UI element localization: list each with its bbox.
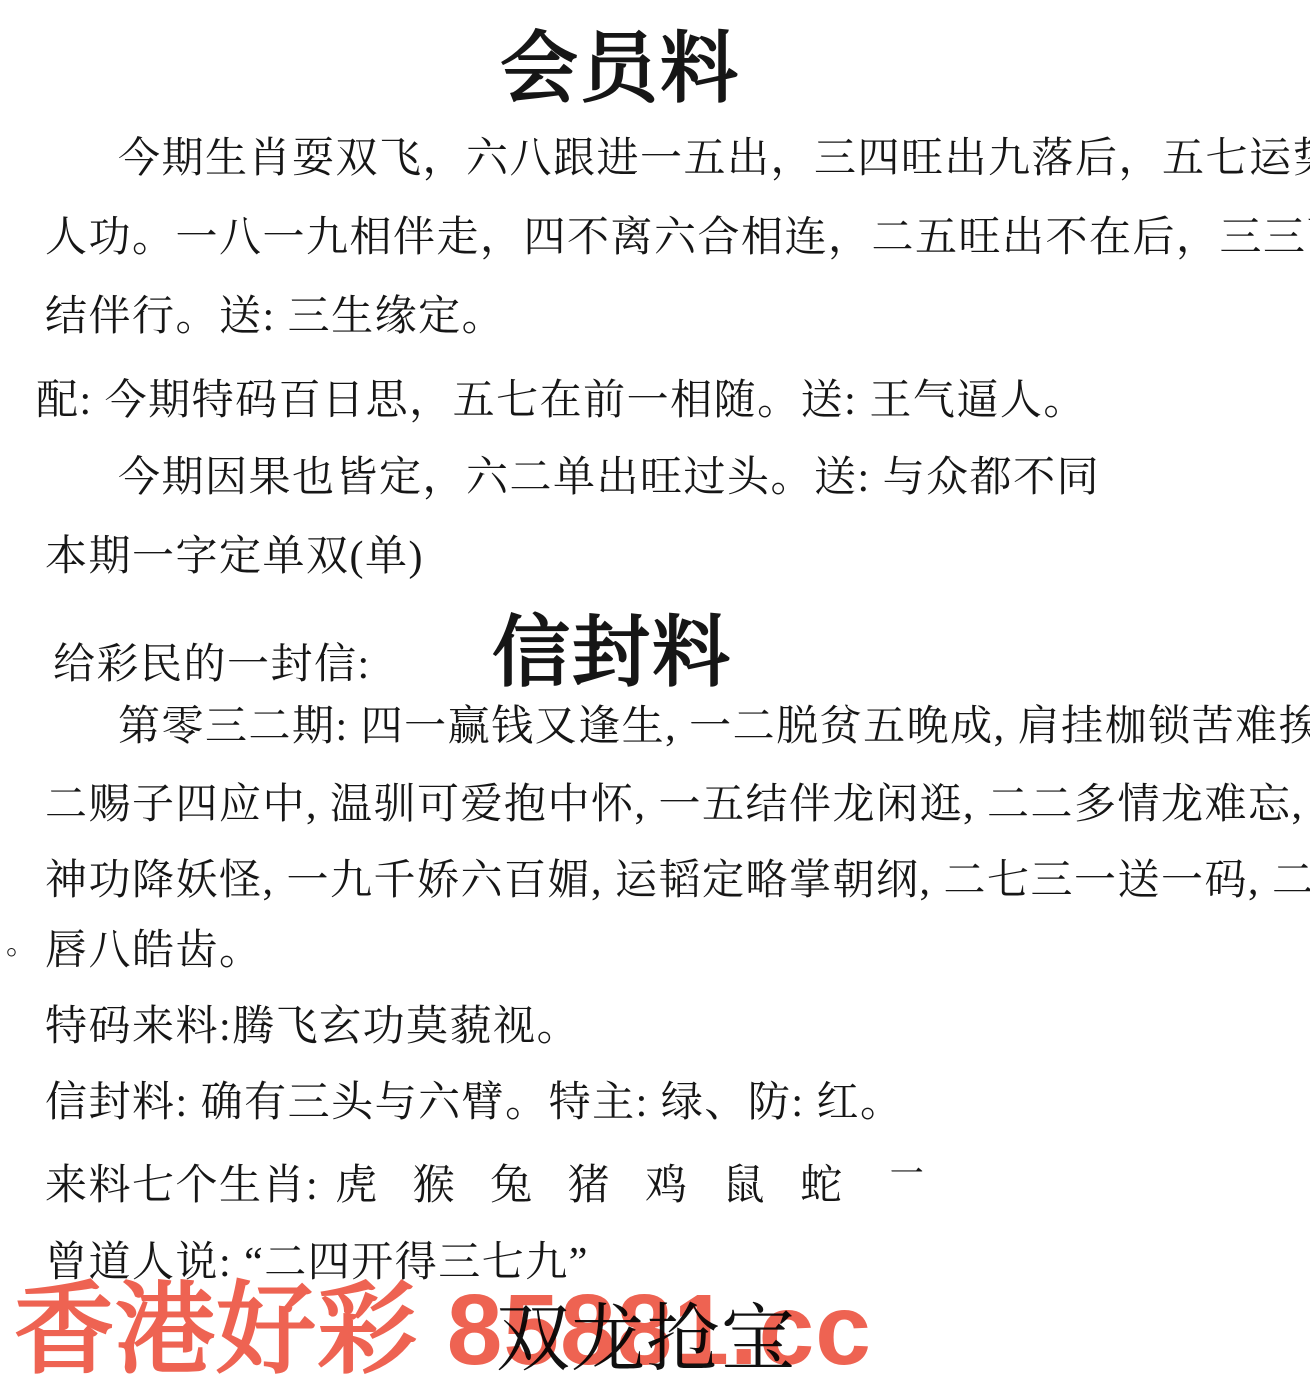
zodiac-trailing-dash: 一 — [890, 1156, 926, 1193]
special-code-line: 特码来料:腾飞玄功莫藐视。 — [45, 1006, 580, 1048]
member-section-title: 会员料 — [500, 30, 740, 108]
letter-paragraph-line-3: 神功降妖怪, 一九千娇六百媚, 运韬定略掌朝纲, 二七三一送一码, 二十朱 — [45, 860, 1310, 902]
yinguo-line: 今期因果也皆定，六二单出旺过头。送: 与众都不同 — [118, 457, 1100, 499]
danshuang-line: 本期一字定单双(单) — [45, 536, 424, 578]
watermark-text: 香港好彩 85881.cc — [14, 1280, 872, 1380]
zodiac-label: 来料七个生肖: — [45, 1163, 319, 1209]
letter-paragraph-line-2: 二赐子四应中, 温驯可爱抱中怀, 一五结伴龙闲逛, 二二多情龙难忘, 身怀 — [45, 784, 1310, 826]
envelope-line: 信封料: 确有三头与六臂。特主: 绿、防: 红。 — [45, 1082, 904, 1124]
letter-section-title: 信封料 — [492, 614, 732, 692]
zodiac-line: 来料七个生肖:虎 猴 兔 猪 鸡 鼠 蛇一 — [45, 1165, 925, 1207]
member-paragraph-line-3: 结伴行。送: 三生缘定。 — [45, 296, 505, 338]
letter-paragraph-line-4: 唇八皓齿。 — [45, 930, 263, 972]
letter-paragraph-line-1: 第零三二期: 四一赢钱又逢生, 一二脱贫五晚成, 肩挂枷锁苦难挨, 一 — [118, 706, 1310, 748]
member-paragraph-line-1: 今期生肖耍双飞，六八跟进一五出，三四旺出九落后，五七运势二 — [118, 138, 1310, 180]
letter-label: 给彩民的一封信: — [53, 644, 371, 686]
scanned-lottery-tip-sheet: 会员料 今期生肖耍双飞，六八跟进一五出，三四旺出九落后，五七运势二 人功。一八一… — [0, 0, 1310, 1388]
pei-line: 配: 今期特码百日思，五七在前一相随。送: 王气逼人。 — [36, 380, 1087, 422]
left-margin-period-mark: 。 — [6, 930, 36, 960]
member-paragraph-line-2: 人功。一八一九相伴走，四不离六合相连，二五旺出不在后，三三两两 — [45, 217, 1310, 259]
zodiac-animals: 虎 猴 兔 猪 鸡 鼠 蛇 — [335, 1163, 844, 1209]
